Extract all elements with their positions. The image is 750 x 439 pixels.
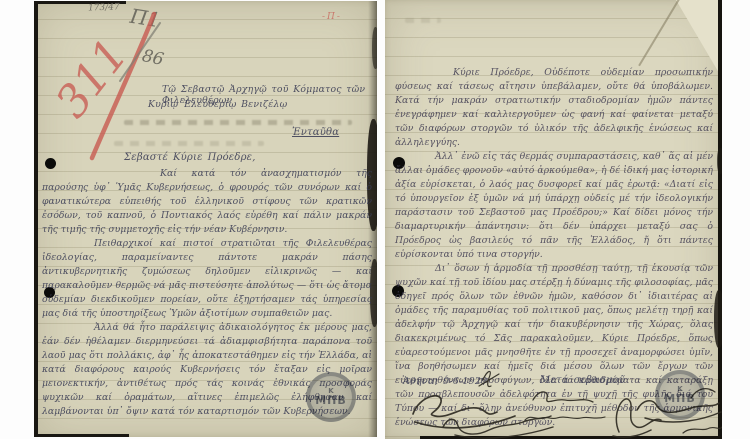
- body-paragraph-1: Καί κατά τόν ἀνασχηματισμόν τῆς παρούσης…: [42, 167, 372, 237]
- page-edge-tear: [372, 27, 377, 69]
- body-paragraph-2: Πειθαρχικοί καί πιστοί στρατιῶται τῆς Φι…: [42, 237, 372, 321]
- archive-watermark-stamp: Κ ΜΠΒ: [655, 370, 705, 420]
- body-paragraph-1: Κύριε Πρόεδρε, Οὐδέποτε οὐδεμίαν προσωπι…: [395, 66, 713, 150]
- page-edge-tear: [717, 148, 722, 174]
- address-line-2: Κυρίῳ Ἐλευθερίῳ Βενιζέλῳ: [148, 99, 287, 110]
- left-page-left-edge: [34, 1, 38, 437]
- pencil-smudge: [405, 18, 441, 23]
- delivery-line: Ἐνταῦθα: [292, 127, 339, 138]
- signature-4: [525, 417, 605, 420]
- archive-watermark-stamp: Κ ΜΠΒ: [306, 372, 356, 422]
- signature-7: [683, 427, 722, 433]
- page-edge-tear: [714, 290, 722, 348]
- signature-1: [413, 396, 515, 428]
- closing-line: Μετά σεβασμοῦ: [540, 375, 625, 386]
- signature-3: [533, 392, 593, 402]
- red-page-mark: -Π-: [322, 12, 342, 22]
- salutation: Σεβαστέ Κύριε Πρόεδρε,: [124, 152, 256, 163]
- right-page-sheet: Κύριε Πρόεδρε, Οὐδέποτε οὐδεμίαν προσωπι…: [385, 0, 722, 439]
- erased-pencil-line: [114, 141, 264, 146]
- watermark-letters: ΜΠΒ: [664, 393, 696, 405]
- signature-5: [613, 399, 661, 437]
- erased-pencil-line: [124, 120, 352, 125]
- scanned-letter-image: 173/47 311 Π1 86 -Π- Τῷ Σεβαστῷ Ἀρχηγῷ τ…: [0, 0, 750, 439]
- right-page-right-edge: [718, 0, 723, 439]
- left-page-sheet: 173/47 311 Π1 86 -Π- Τῷ Σεβαστῷ Ἀρχηγῷ τ…: [34, 1, 377, 437]
- body-paragraph-2: Ἀλλ᾽ ἐνῶ εἰς τάς θερμάς συμπαραστάσεις, …: [395, 150, 713, 262]
- left-page-bottom-edge: [34, 434, 129, 437]
- watermark-letters: ΜΠΒ: [315, 395, 347, 407]
